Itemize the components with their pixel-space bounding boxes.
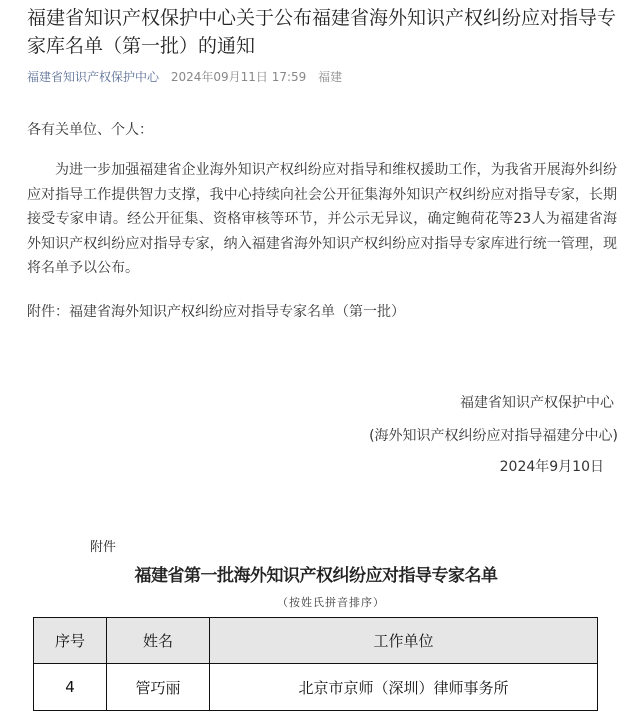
attachment-label: 附件 <box>90 536 116 555</box>
publish-location: 福建 <box>318 70 342 84</box>
cell-employer: 北京市京师（深圳）律师事务所 <box>210 664 598 711</box>
signature-sub-org: (海外知识产权纠纷应对指导福建分中心) <box>369 424 618 448</box>
attachment-title: 福建省第一批海外知识产权纠纷应对指导专家名单 <box>0 561 632 586</box>
cell-name: 管巧丽 <box>107 664 210 711</box>
attachment-subtitle: （按姓氏拼音排序） <box>0 594 632 610</box>
signature-org: 福建省知识产权保护中心 <box>460 391 614 415</box>
header-name: 姓名 <box>107 618 210 664</box>
header-employer: 工作单位 <box>210 618 598 664</box>
body-paragraph: 为进一步加强福建省企业海外知识产权纠纷应对指导和维权援助工作，为我省开展海外纠纷… <box>27 158 617 281</box>
table-header-row: 序号 姓名 工作单位 <box>34 618 598 664</box>
header-index: 序号 <box>34 618 107 664</box>
table-row: 4 管巧丽 北京市京师（深圳）律师事务所 <box>34 664 598 711</box>
article-title: 福建省知识产权保护中心关于公布福建省海外知识产权纠纷应对指导专家库名单（第一批）… <box>27 4 617 60</box>
expert-table: 序号 姓名 工作单位 4 管巧丽 北京市京师（深圳）律师事务所 <box>33 617 598 711</box>
cell-index: 4 <box>34 664 107 711</box>
attachment-line: 附件：福建省海外知识产权纠纷应对指导专家名单（第一批） <box>27 300 617 325</box>
greeting: 各有关单位、个人： <box>27 118 617 143</box>
signature-date: 2024年9月10日 <box>500 455 604 479</box>
source-account-link[interactable]: 福建省知识产权保护中心 <box>27 70 159 84</box>
article-meta: 福建省知识产权保护中心 2024年09月11日 17:59 福建 <box>27 68 342 86</box>
publish-datetime: 2024年09月11日 17:59 <box>171 70 306 84</box>
